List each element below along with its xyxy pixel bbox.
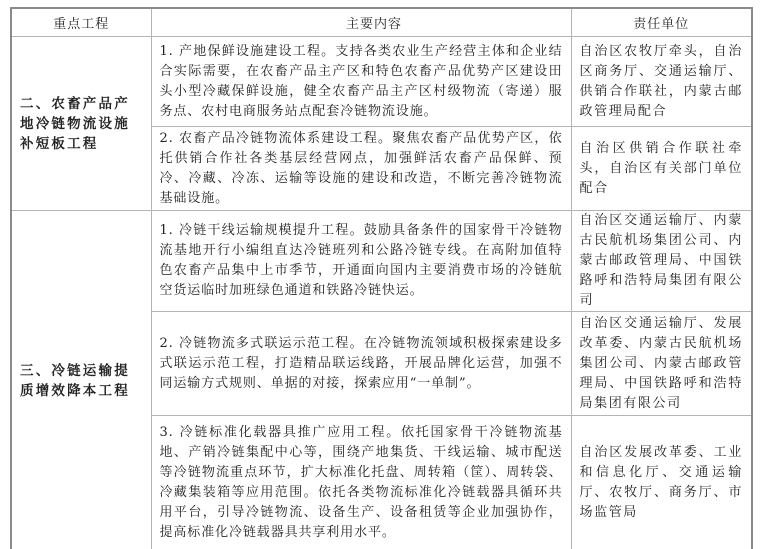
responsible-cell: 自治区交通运输厅、发展改革委、内蒙古民航机场集团公司、内蒙古邮政管理局、中国铁路… <box>571 312 752 416</box>
category-cell: 二、农畜产品产地冷链物流设施补短板工程 <box>11 37 151 211</box>
header-project: 重点工程 <box>11 8 151 37</box>
table-row: 三、冷链运输提质增效降本工程 1. 冷链干线运输规模提升工程。鼓励具备条件的国家… <box>11 211 752 312</box>
category-cell: 三、冷链运输提质增效降本工程 <box>11 211 151 549</box>
header-responsible: 责任单位 <box>571 8 752 37</box>
responsible-cell: 自治区交通运输厅、内蒙古民航机场集团公司、内蒙古邮政管理局、中国铁路呼和浩特局集… <box>571 211 752 312</box>
header-content: 主要内容 <box>151 8 571 37</box>
key-projects-table: 重点工程 主要内容 责任单位 二、农畜产品产地冷链物流设施补短板工程 1. 产地… <box>10 7 753 549</box>
header-row: 重点工程 主要内容 责任单位 <box>11 8 752 37</box>
responsible-cell: 自治区农牧厅牵头，自治区商务厅、交通运输厅、供销合作联社，内蒙古邮政管理局配合 <box>571 37 752 127</box>
content-cell: 2. 农畜产品冷链物流体系建设工程。聚焦农畜产品优势产区，依托供销合作社各类基层… <box>151 127 571 211</box>
content-cell: 1. 产地保鲜设施建设工程。支持各类农业生产经营主体和企业结合实际需要，在农畜产… <box>151 37 571 127</box>
content-cell: 3. 冷链标准化载器具推广应用工程。依托国家骨干冷链物流基地、产销冷链集配中心等… <box>151 416 571 549</box>
content-cell: 1. 冷链干线运输规模提升工程。鼓励具备条件的国家骨干冷链物流基地开行小编组直达… <box>151 211 571 312</box>
content-cell: 2. 冷链物流多式联运示范工程。在冷链物流领域积极探索建设多式联运示范工程，打造… <box>151 312 571 416</box>
responsible-cell: 自治区供销合作联社牵头，自治区有关部门单位配合 <box>571 127 752 211</box>
responsible-cell: 自治区发展改革委、工业和信息化厅、交通运输厅、农牧厅、商务厅、市场监管局 <box>571 416 752 549</box>
table-row: 二、农畜产品产地冷链物流设施补短板工程 1. 产地保鲜设施建设工程。支持各类农业… <box>11 37 752 127</box>
